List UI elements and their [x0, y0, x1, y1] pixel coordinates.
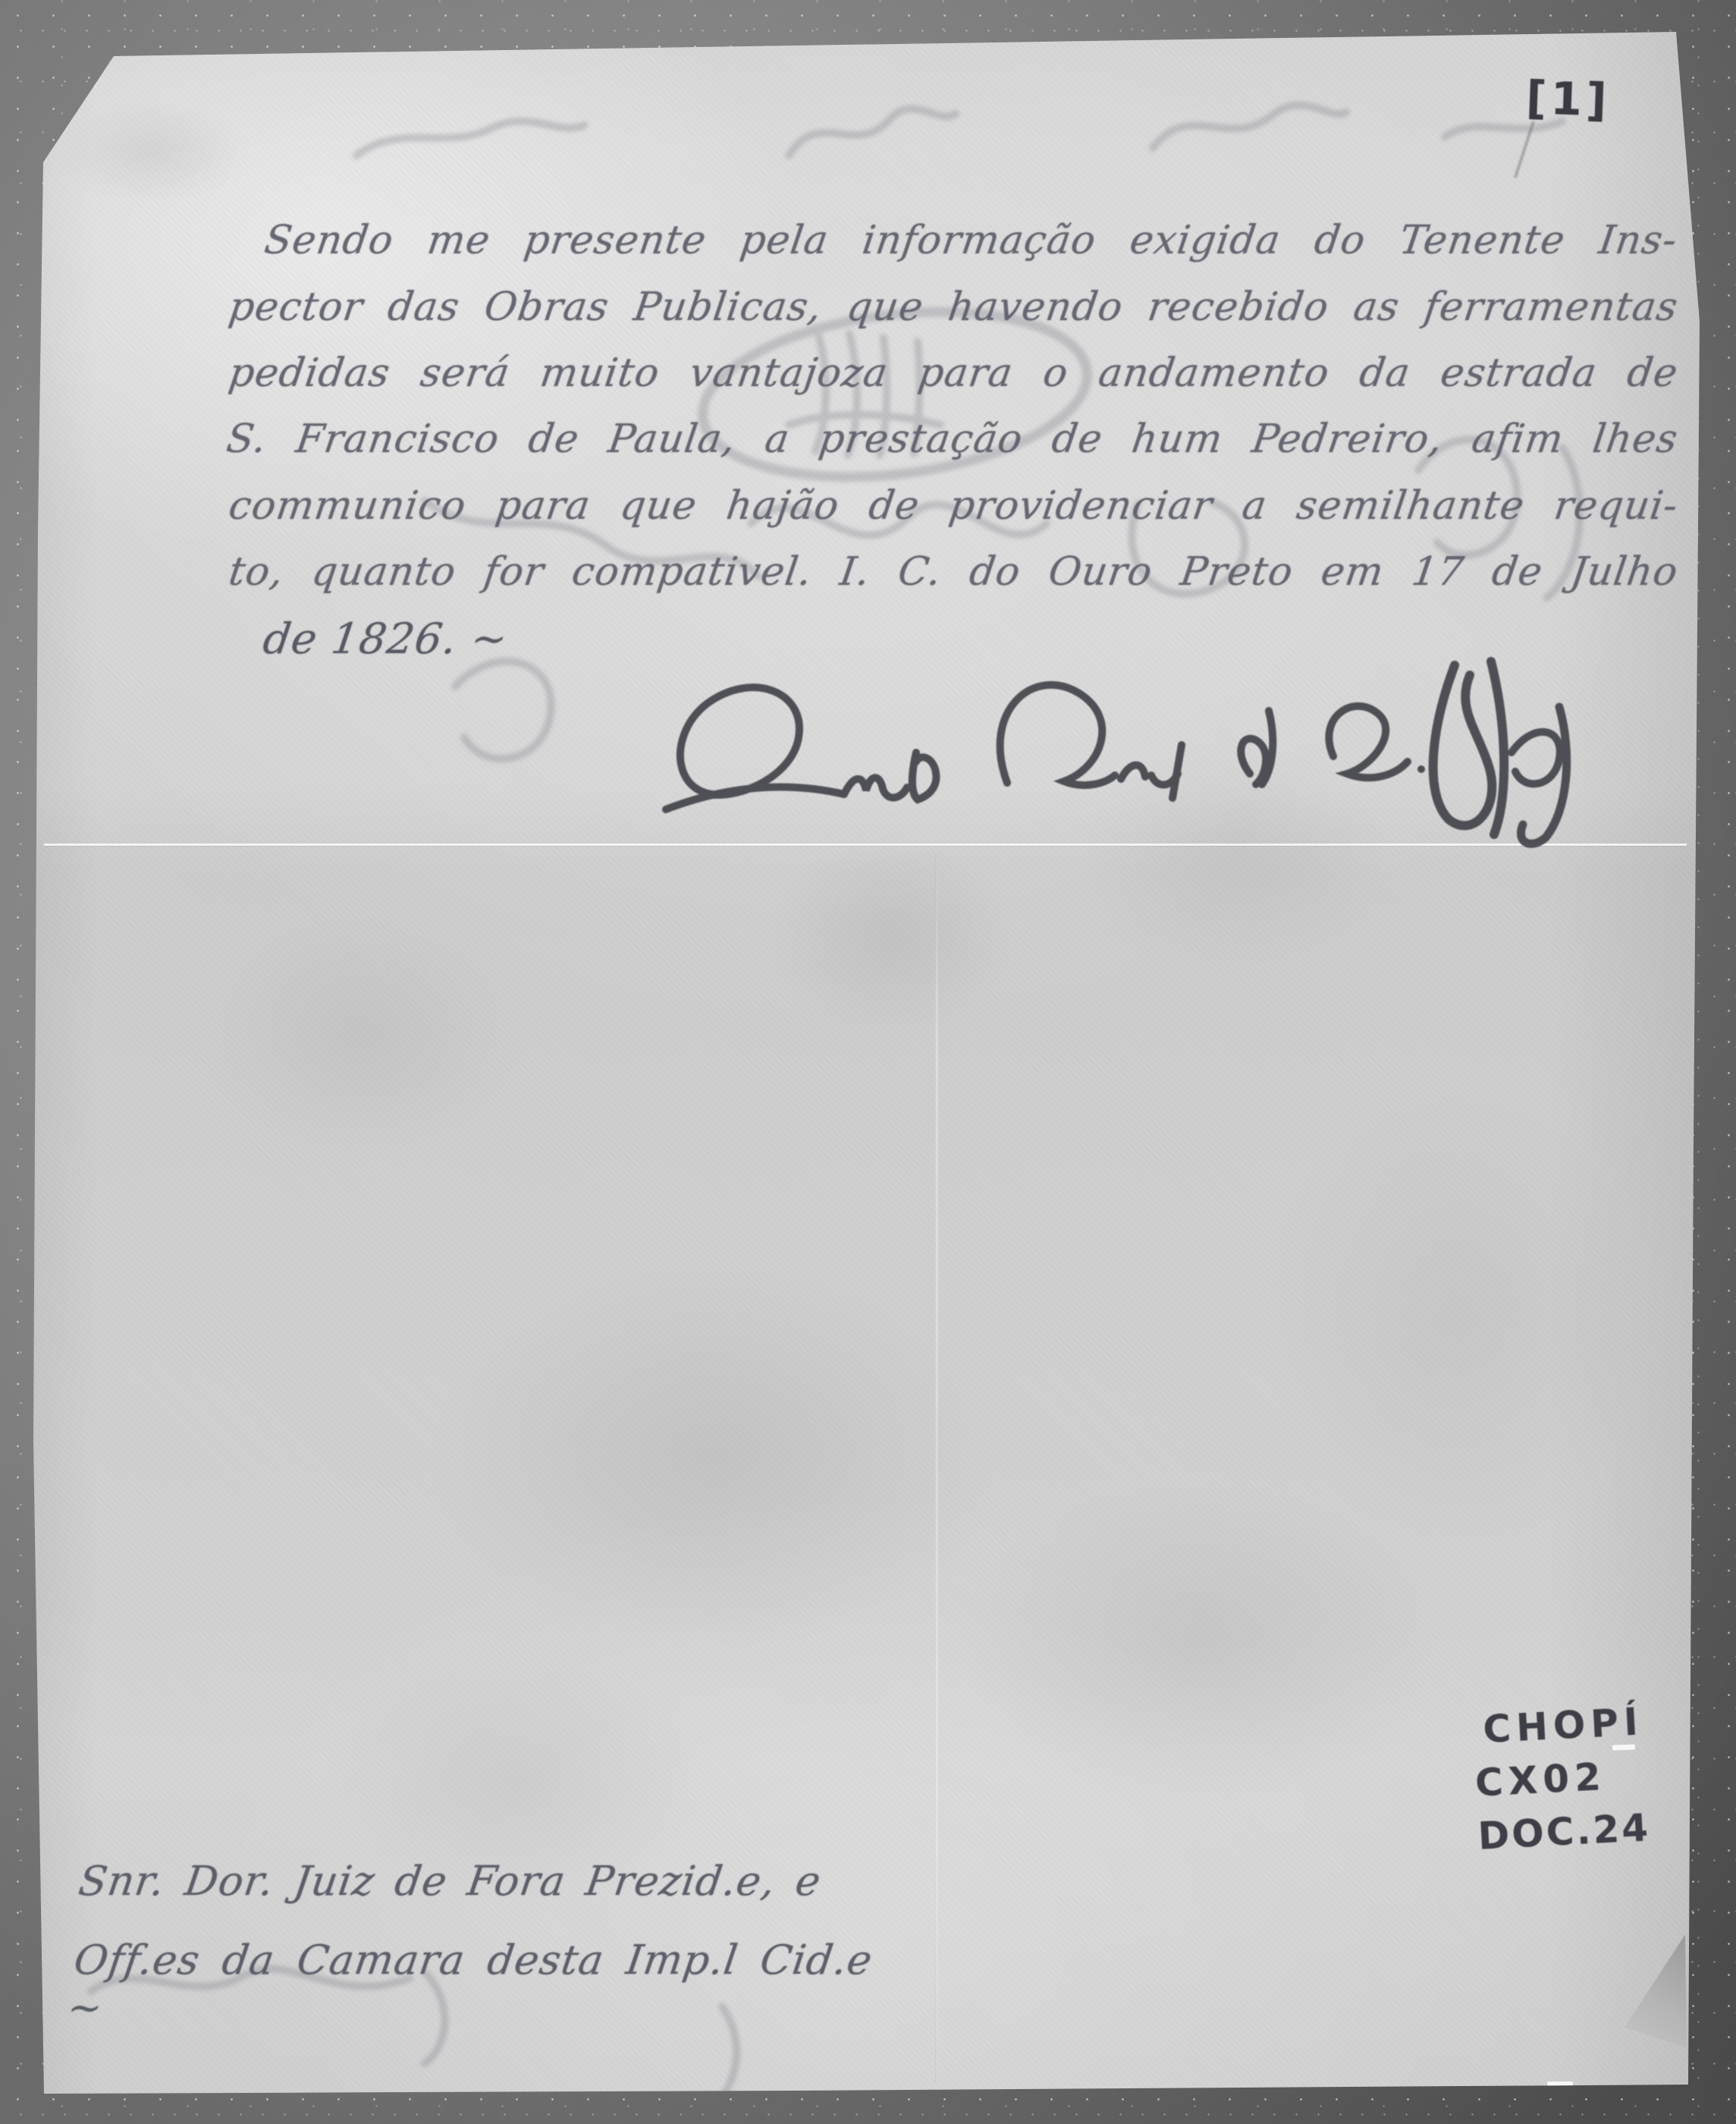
- fold-crease: [935, 853, 938, 2082]
- archive-code-line: DOC.24: [1477, 1801, 1652, 1863]
- archive-code-line: CX02: [1474, 1748, 1649, 1810]
- letter-line: communico para que hajão de providenciar…: [226, 483, 1681, 529]
- document-scan: [1] Sendo me presente pela informação ex…: [0, 0, 1736, 2124]
- letter-line: pedidas será muito vantajoza para o anda…: [226, 350, 1681, 396]
- archive-reference-code: CHOPÍ CX02 DOC.24: [1471, 1695, 1652, 1863]
- letter-dateline: de 1826. ~: [260, 614, 511, 664]
- page-number-marker: [1]: [1525, 71, 1612, 127]
- letter-line: to, quanto for compativel. I. C. do Ouro…: [226, 549, 1681, 595]
- archive-code-line: CHOPÍ: [1482, 1695, 1647, 1756]
- letter-line: pector das Obras Publicas, que havendo r…: [226, 284, 1681, 330]
- signature: [651, 639, 1585, 854]
- manuscript-page: [1] Sendo me presente pela informação ex…: [0, 0, 1736, 2124]
- letter-line: S. Francisco de Paula, a prestação de hu…: [224, 416, 1681, 462]
- addressee-line: Snr. Dor. Juiz de Fora Prezid.e, e: [76, 1857, 824, 1905]
- letter-line: Sendo me presente pela informação exigid…: [262, 218, 1680, 263]
- addressee-line: Off.es da Camara desta Imp.l Cid.e ~: [64, 1936, 876, 2031]
